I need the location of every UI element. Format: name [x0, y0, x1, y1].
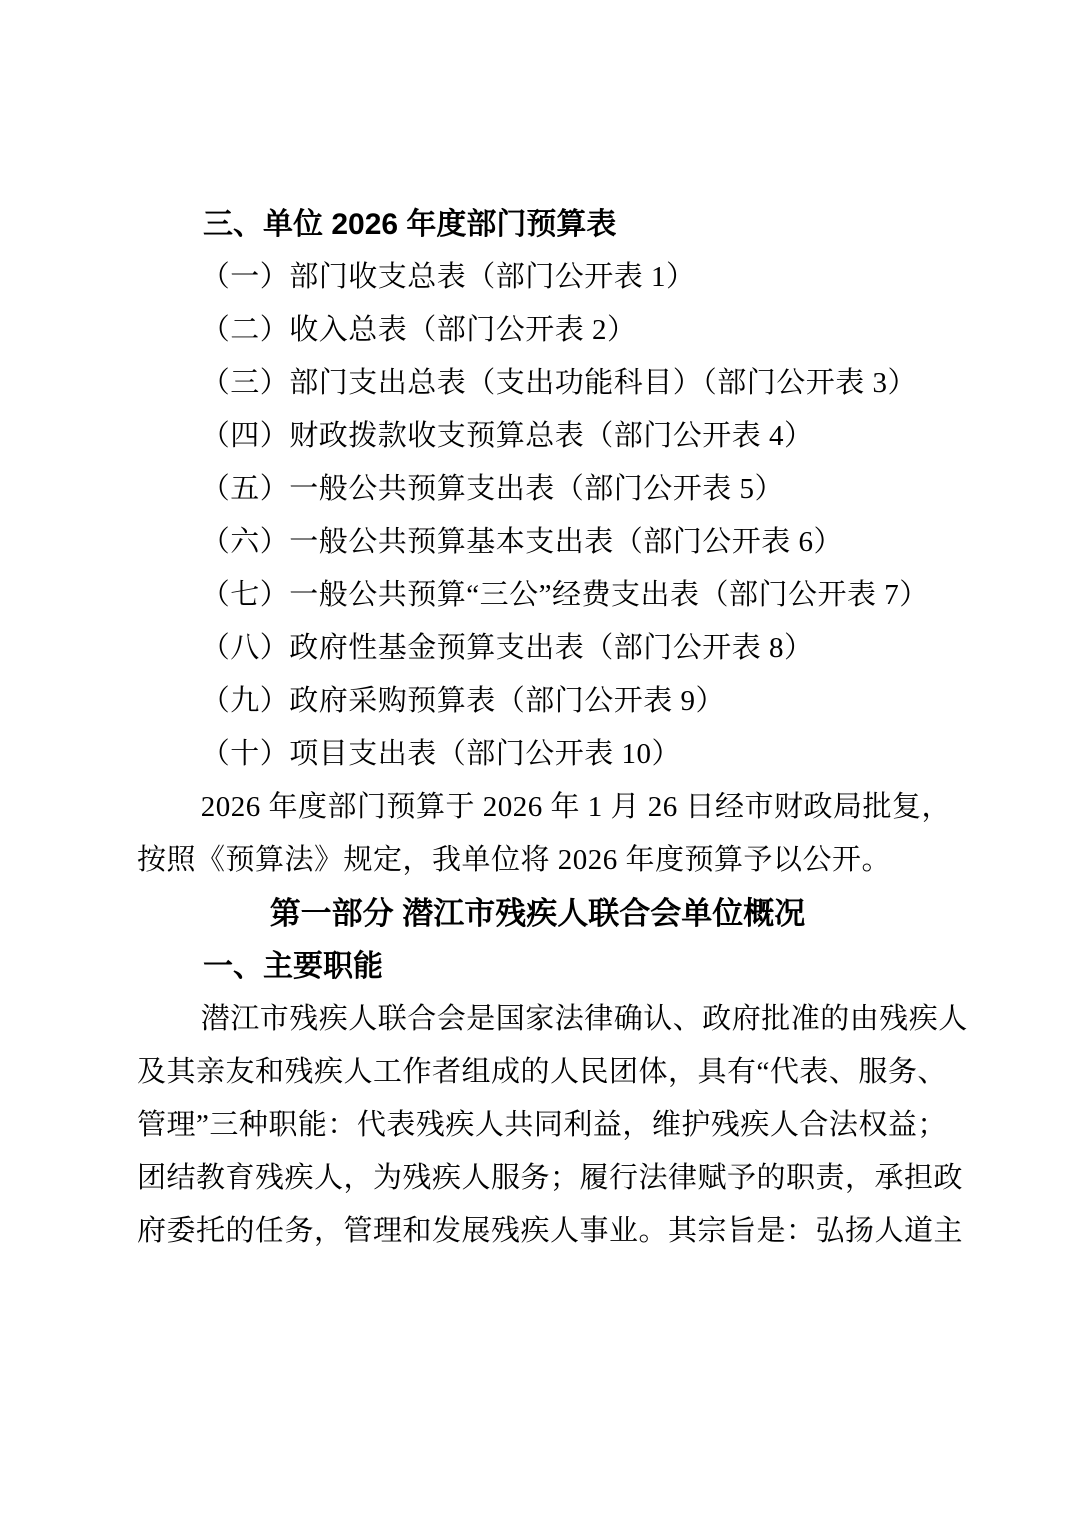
subsection-heading-main-functions: 一、主要职能 [137, 940, 938, 993]
part-1-heading: 第一部分 潜江市残疾人联合会单位概况 [137, 887, 938, 940]
section-3-heading: 三、单位 2026 年度部门预算表 [137, 198, 938, 251]
budget-table-list-item: （七）一般公共预算“三公”经费支出表（部门公开表 7） [137, 569, 938, 622]
body-paragraph-line: 及其亲友和残疾人工作者组成的人民团体，具有“代表、服务、 [137, 1046, 938, 1099]
budget-table-list-item: （四）财政拨款收支预算总表（部门公开表 4） [137, 410, 938, 463]
budget-table-list-item: （九）政府采购预算表（部门公开表 9） [137, 675, 938, 728]
approval-paragraph-line: 2026 年度部门预算于 2026 年 1 月 26 日经市财政局批复， [137, 781, 938, 834]
budget-table-list-item: （八）政府性基金预算支出表（部门公开表 8） [137, 622, 938, 675]
document-page: 三、单位 2026 年度部门预算表 （一）部门收支总表（部门公开表 1） （二）… [0, 0, 1074, 1520]
budget-table-list-item: （十）项目支出表（部门公开表 10） [137, 728, 938, 781]
approval-paragraph-line: 按照《预算法》规定，我单位将 2026 年度预算予以公开。 [137, 834, 938, 887]
body-paragraph-line: 团结教育残疾人，为残疾人服务；履行法律赋予的职责，承担政 [137, 1152, 938, 1205]
budget-table-list-item: （五）一般公共预算支出表（部门公开表 5） [137, 463, 938, 516]
budget-table-list-item: （六）一般公共预算基本支出表（部门公开表 6） [137, 516, 938, 569]
body-paragraph-line: 潜江市残疾人联合会是国家法律确认、政府批准的由残疾人 [137, 993, 938, 1046]
budget-table-list-item: （二）收入总表（部门公开表 2） [137, 304, 938, 357]
body-paragraph-line: 管理”三种职能：代表残疾人共同利益，维护残疾人合法权益； [137, 1099, 938, 1152]
body-paragraph-line: 府委托的任务，管理和发展残疾人事业。其宗旨是：弘扬人道主 [137, 1205, 938, 1258]
page-content: 三、单位 2026 年度部门预算表 （一）部门收支总表（部门公开表 1） （二）… [137, 198, 938, 1258]
budget-table-list-item: （一）部门收支总表（部门公开表 1） [137, 251, 938, 304]
budget-table-list-item: （三）部门支出总表（支出功能科目）（部门公开表 3） [137, 357, 938, 410]
